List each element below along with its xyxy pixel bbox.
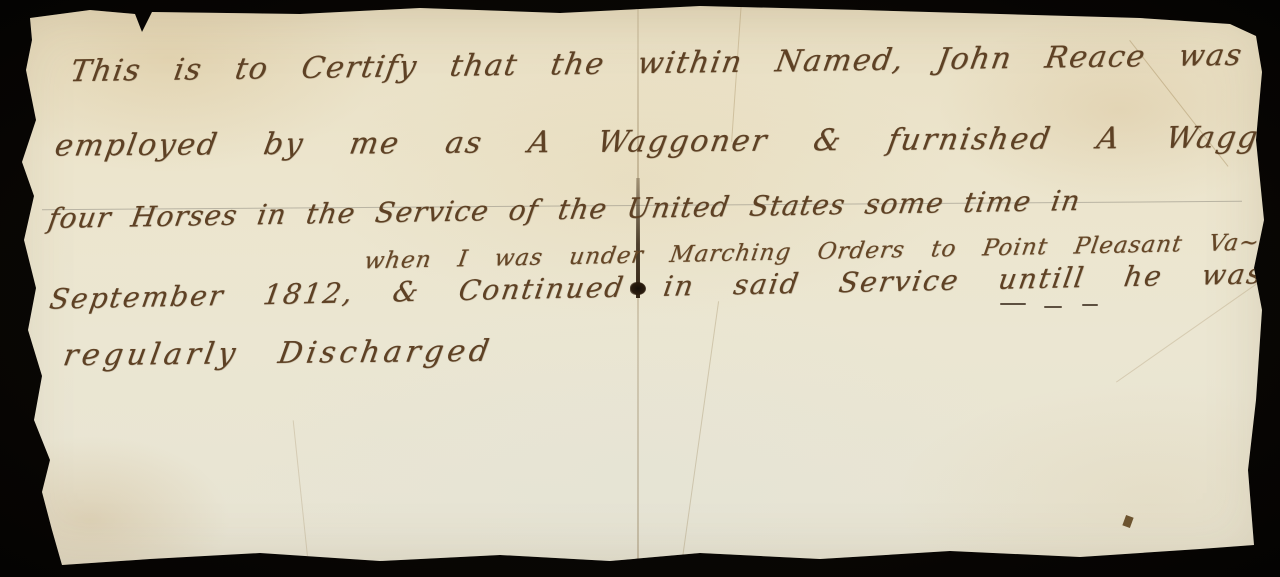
- scan-background: This is to Certify that the within Named…: [0, 0, 1280, 577]
- ink-dash: [1000, 303, 1026, 305]
- ink-dash: [1082, 304, 1098, 306]
- paper-sheet: This is to Certify that the within Named…: [0, 0, 1280, 577]
- document-line-5: regularly Discharged: [61, 334, 496, 373]
- ink-dash: [1044, 306, 1062, 308]
